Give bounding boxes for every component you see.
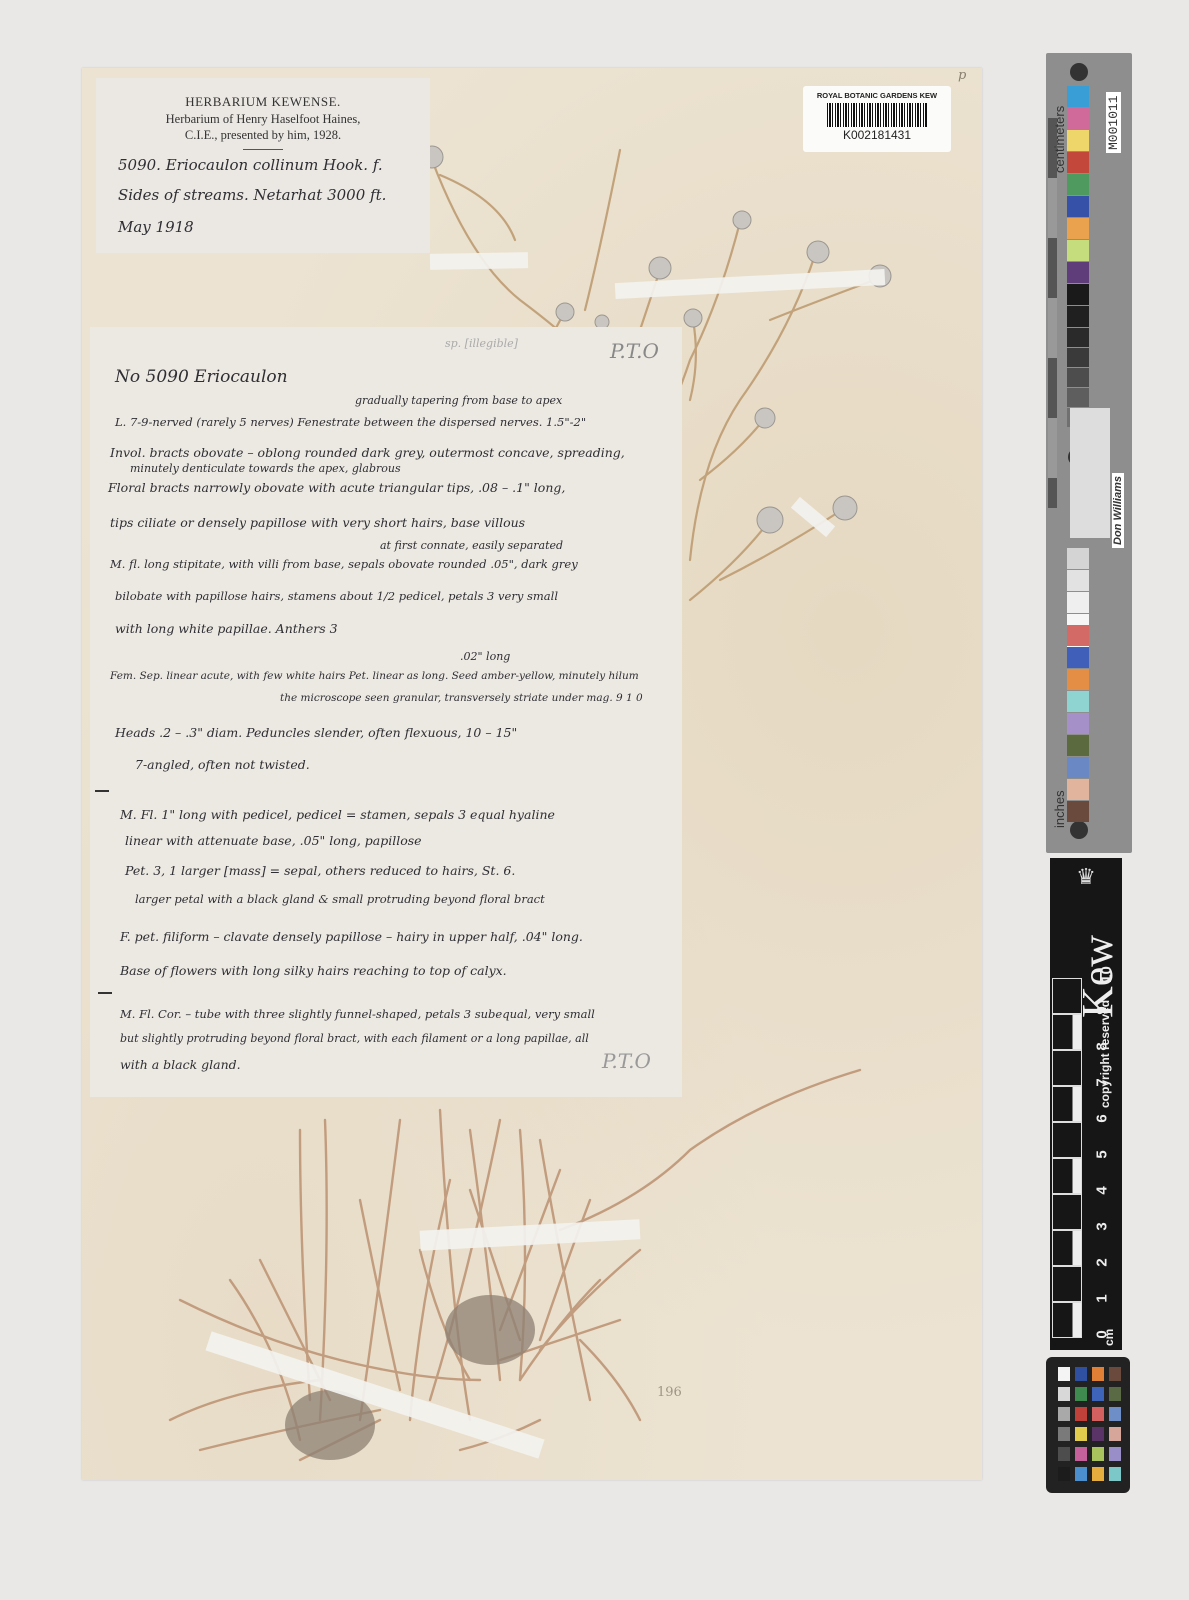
label-locality: Sides of streams. Netarhat 3000 ft.	[118, 186, 386, 204]
notes-title: No 5090 Eriocaulon	[115, 367, 288, 387]
color-swatch	[1067, 779, 1089, 800]
brand-label: Don Williams	[1112, 473, 1124, 548]
checker-patch	[1058, 1447, 1070, 1461]
checker-patch	[1109, 1427, 1121, 1441]
centimeters-label: centimeters	[1052, 106, 1067, 173]
kew-crest-icon: ♛	[1070, 864, 1102, 896]
scale-hole-top	[1070, 63, 1088, 81]
checker-patch	[1092, 1387, 1104, 1401]
note-line: Pet. 3, 1 larger [mass] = sepal, others …	[125, 863, 515, 878]
ruler-block	[1052, 1050, 1082, 1086]
ruler-block	[1052, 1014, 1082, 1050]
note-line: minutely denticulate towards the apex, g…	[130, 462, 401, 475]
checker-patch	[1075, 1467, 1087, 1481]
barcode-label: ROYAL BOTANIC GARDENS KEW K002181431	[803, 86, 951, 152]
note-line: gradually tapering from base to apex	[355, 394, 562, 407]
checker-patch	[1075, 1447, 1087, 1461]
checker-patch	[1075, 1427, 1087, 1441]
note-line: Fem. Sep. linear acute, with few white h…	[110, 670, 639, 682]
label-species: 5090. Eriocaulon collinum Hook. f.	[118, 156, 383, 174]
note-line: with a black gland.	[120, 1057, 241, 1072]
checker-patch	[1092, 1407, 1104, 1421]
note-line: M. Fl. Cor. – tube with three slightly f…	[120, 1007, 595, 1021]
note-line: linear with attenuate base, .05" long, p…	[125, 833, 422, 848]
barcode	[827, 103, 927, 127]
color-swatch	[1067, 130, 1089, 151]
note-line: bilobate with papillose hairs, stamens a…	[115, 589, 558, 603]
color-swatch	[1067, 713, 1089, 734]
ruler-tick-label: 2	[1094, 1258, 1111, 1266]
color-swatch	[1067, 757, 1089, 778]
checker-patch	[1092, 1467, 1104, 1481]
note-line: Heads .2 – .3" diam. Peduncles slender, …	[115, 725, 517, 740]
note-line: .02" long	[460, 650, 510, 663]
density-card	[1070, 408, 1110, 538]
kew-ruler: ♛ Kew copyright reserved 012345678910 cm	[1050, 858, 1122, 1350]
checker-patch	[1058, 1387, 1070, 1401]
color-swatch	[1067, 625, 1089, 646]
barcode-number: K002181431	[803, 128, 951, 142]
checker-patch	[1092, 1427, 1104, 1441]
color-swatch	[1067, 570, 1089, 591]
note-line: F. pet. filiform – clavate densely papil…	[120, 929, 583, 944]
checker-patch	[1075, 1367, 1087, 1381]
color-checker	[1046, 1357, 1130, 1493]
color-swatch	[1067, 196, 1089, 217]
description-notes: sp. [illegible] P.T.O No 5090 Eriocaulon…	[90, 327, 682, 1097]
note-line: at first connate, easily separated	[380, 539, 563, 552]
separator-dash	[98, 992, 112, 994]
inches-label: inches	[1052, 790, 1067, 828]
note-line: L. 7-9-nerved (rarely 5 nerves) Fenestra…	[115, 415, 586, 429]
ruler-block	[1052, 1230, 1082, 1266]
color-scale-bar: centimeters M001011 Don Williams inches	[1046, 53, 1132, 853]
label-date: May 1918	[118, 218, 194, 236]
ruler-tick-label: 4	[1094, 1186, 1111, 1194]
color-swatch	[1067, 86, 1089, 107]
color-swatch	[1067, 647, 1089, 668]
note-line: with long white papillae. Anthers 3	[115, 621, 338, 636]
ruler-block	[1052, 1266, 1082, 1302]
note-line: M. fl. long stipitate, with villi from b…	[110, 557, 578, 571]
unit-label: cm	[1102, 1329, 1116, 1346]
note-line: Invol. bracts obovate – oblong rounded d…	[110, 445, 625, 460]
ruler-tick-label: 8	[1094, 1042, 1111, 1050]
checker-patch	[1109, 1367, 1121, 1381]
label-collector: Herbarium of Henry Haselfoot Haines,	[96, 112, 430, 127]
color-swatch	[1067, 328, 1089, 347]
color-swatch	[1067, 735, 1089, 756]
checker-patch	[1075, 1407, 1087, 1421]
checker-patch	[1109, 1387, 1121, 1401]
color-swatch	[1067, 801, 1089, 822]
color-swatch	[1067, 368, 1089, 387]
note-line: but slightly protruding beyond floral br…	[120, 1032, 589, 1045]
color-swatch	[1067, 669, 1089, 690]
checker-patch	[1109, 1467, 1121, 1481]
label-title: HERBARIUM KEWENSE.	[96, 94, 430, 110]
note-line: M. Fl. 1" long with pedicel, pedicel = s…	[120, 807, 555, 822]
note-line: Base of flowers with long silky hairs re…	[120, 963, 507, 978]
color-swatch	[1067, 152, 1089, 173]
note-line: larger petal with a black gland & small …	[135, 892, 545, 906]
copyright-label: copyright reserved	[1098, 1000, 1112, 1108]
color-swatch	[1067, 691, 1089, 712]
separator-dash	[95, 790, 109, 792]
ruler-tick-label: 6	[1094, 1114, 1111, 1122]
color-swatch	[1067, 174, 1089, 195]
ruler-tick-label: 3	[1094, 1222, 1111, 1230]
ruler-block	[1052, 1122, 1082, 1158]
checker-patch	[1058, 1467, 1070, 1481]
ruler-block	[1052, 1194, 1082, 1230]
scale-id: M001011	[1106, 92, 1121, 153]
note-line: Floral bracts narrowly obovate with acut…	[108, 480, 565, 495]
note-line: the microscope seen granular, transverse…	[280, 692, 643, 704]
ruler-tick-label: 7	[1094, 1078, 1111, 1086]
checker-patch	[1109, 1447, 1121, 1461]
checker-patch	[1075, 1387, 1087, 1401]
ruler-block	[1052, 1302, 1082, 1338]
cm-ruler	[1048, 118, 1057, 508]
color-swatch	[1067, 592, 1089, 613]
ruler-tick-label: 1	[1094, 1294, 1111, 1302]
color-swatch	[1067, 388, 1089, 407]
ruler-tick-label: 10	[1098, 966, 1115, 983]
pto-top: P.T.O	[610, 339, 659, 363]
ruler-tick-label: 5	[1094, 1150, 1111, 1158]
note-line: 7-angled, often not twisted.	[135, 757, 310, 772]
ruler-block	[1052, 978, 1082, 1014]
checker-patch	[1058, 1367, 1070, 1381]
checker-patch	[1109, 1407, 1121, 1421]
institution-name: ROYAL BOTANIC GARDENS KEW	[803, 91, 951, 100]
pencil-annotation: sp. [illegible]	[445, 337, 518, 350]
sheet-number: 196	[657, 1385, 682, 1400]
color-swatch	[1067, 240, 1089, 261]
ruler-block	[1052, 1158, 1082, 1194]
color-swatch	[1067, 262, 1089, 283]
label-divider	[243, 149, 283, 150]
checker-patch	[1092, 1367, 1104, 1381]
ruler-block	[1052, 1086, 1082, 1122]
herbarium-label: HERBARIUM KEWENSE. Herbarium of Henry Ha…	[96, 78, 430, 253]
checker-patch	[1058, 1407, 1070, 1421]
color-swatch	[1067, 218, 1089, 239]
checker-patch	[1092, 1447, 1104, 1461]
label-presented: C.I.E., presented by him, 1928.	[96, 128, 430, 143]
pto-bottom: P.T.O	[602, 1049, 651, 1073]
scale-hole-bottom	[1070, 821, 1088, 839]
color-swatch	[1067, 548, 1089, 569]
mounting-tape	[430, 252, 528, 270]
color-swatch	[1067, 306, 1089, 327]
note-line: tips ciliate or densely papillose with v…	[110, 515, 525, 530]
ruler-tick-label: 9	[1094, 1006, 1111, 1014]
color-swatch	[1067, 284, 1089, 305]
color-swatch	[1067, 108, 1089, 129]
color-swatch	[1067, 348, 1089, 367]
checker-patch	[1058, 1427, 1070, 1441]
